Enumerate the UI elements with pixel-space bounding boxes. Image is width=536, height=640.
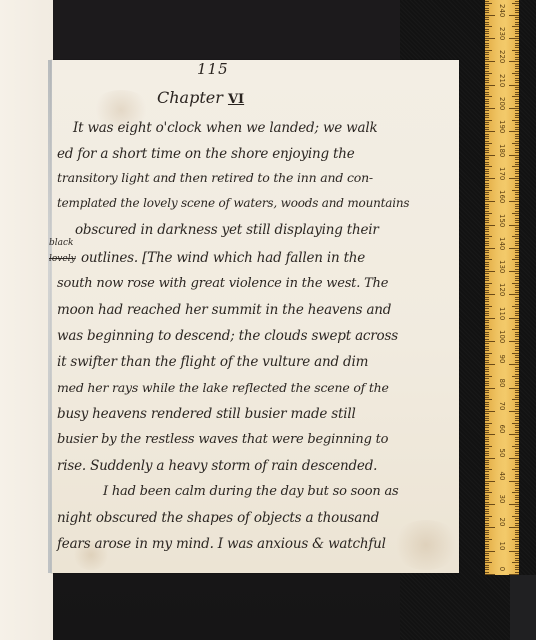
ruler-tick — [485, 269, 489, 270]
ruler-tick — [515, 485, 519, 486]
ruler-tick — [515, 532, 519, 533]
ruler-tick — [485, 360, 489, 361]
ruler-tick — [515, 257, 519, 258]
ruler-label: 100 — [498, 330, 506, 342]
ruler-tick — [485, 446, 492, 447]
ruler-tick — [515, 106, 519, 107]
ruler-tick — [515, 397, 519, 398]
ruler-tick — [485, 287, 489, 288]
ruler-tick — [485, 385, 489, 386]
ruler-tick — [485, 78, 489, 79]
ruler-label: 40 — [498, 470, 506, 482]
ruler-tick — [515, 206, 519, 207]
ruler-tick — [485, 71, 489, 72]
ruler-tick — [485, 425, 489, 426]
ruler-tick — [515, 287, 519, 288]
ruler-tick — [515, 266, 519, 267]
manuscript-line: south now rose with great violence in th… — [57, 276, 457, 291]
ruler-tick — [485, 157, 489, 158]
ruler-tick — [485, 488, 489, 489]
ruler-tick — [485, 10, 489, 11]
ruler-tick — [515, 136, 519, 137]
ruler-tick — [509, 388, 519, 389]
ruler-tick — [515, 402, 519, 403]
ruler-tick — [515, 448, 519, 449]
ruler-tick — [509, 434, 519, 435]
ruler-tick — [515, 129, 519, 130]
ruler-tick — [485, 199, 489, 200]
ruler-tick — [515, 87, 519, 88]
ruler-tick — [485, 553, 489, 554]
ruler-tick — [509, 458, 519, 459]
ruler-tick — [485, 430, 489, 431]
ruler-tick — [512, 423, 519, 424]
ruler-tick — [515, 101, 519, 102]
ruler-tick — [515, 383, 519, 384]
ruler-tick — [515, 227, 519, 228]
ruler-tick — [515, 308, 519, 309]
ruler-tick — [509, 85, 519, 86]
ruler-tick — [485, 283, 492, 284]
ruler-tick — [485, 103, 489, 104]
ruler-tick — [485, 546, 489, 547]
ruler-tick — [515, 301, 519, 302]
ruler-tick — [515, 390, 519, 391]
ruler-tick — [485, 336, 489, 337]
ruler-label: 140 — [498, 237, 506, 249]
ruler-tick — [515, 264, 519, 265]
manuscript-line: busy heavens rendered still busier made … — [57, 406, 457, 422]
ruler-tick — [509, 248, 519, 249]
ruler-tick — [485, 548, 489, 549]
margin-insertion: black — [49, 238, 74, 248]
ruler-tick — [515, 327, 519, 328]
ruler-tick — [485, 434, 495, 435]
ruler-tick — [515, 322, 519, 323]
ruler-label: 220 — [498, 50, 506, 62]
ruler-label: 230 — [498, 27, 506, 39]
ruler-tick — [515, 332, 519, 333]
ruler-tick — [485, 108, 495, 109]
ruler-tick — [509, 341, 519, 342]
ruler-tick — [515, 183, 519, 184]
ruler-tick — [485, 259, 492, 260]
ruler-tick — [509, 225, 519, 226]
ruler-tick — [515, 455, 519, 456]
ruler-tick — [485, 292, 489, 293]
ruler-tick — [485, 532, 489, 533]
ruler-tick — [485, 276, 489, 277]
ruler-tick — [485, 399, 492, 400]
ruler-tick — [485, 280, 489, 281]
ruler-tick — [485, 460, 489, 461]
ruler-tick — [515, 176, 519, 177]
ruler-tick — [515, 467, 519, 468]
ruler-tick — [512, 329, 519, 330]
ruler-label: 170 — [498, 167, 506, 179]
ruler-tick — [512, 469, 519, 470]
ruler-label: 80 — [498, 377, 506, 389]
ruler-tick — [515, 204, 519, 205]
ruler-tick — [485, 474, 489, 475]
ruler-tick — [485, 572, 489, 573]
ruler-tick — [485, 483, 489, 484]
ruler-tick — [515, 565, 519, 566]
ruler-tick — [485, 509, 489, 510]
ruler-tick — [512, 120, 519, 121]
manuscript-line: obscured in darkness yet still displayin… — [75, 222, 475, 238]
ruler-tick — [515, 180, 519, 181]
ruler-tick — [515, 497, 519, 498]
ruler-tick — [515, 31, 519, 32]
ruler-tick — [515, 313, 519, 314]
manuscript-line: med her rays while the lake reflected th… — [57, 380, 457, 395]
ruler-tick — [515, 115, 519, 116]
ruler-tick — [485, 173, 489, 174]
ruler-tick — [485, 24, 489, 25]
ruler-tick — [485, 315, 489, 316]
ruler-tick — [485, 404, 489, 405]
ruler-tick — [515, 502, 519, 503]
ruler-tick — [485, 397, 489, 398]
ruler-tick — [509, 131, 519, 132]
ruler-tick — [485, 73, 492, 74]
ruler-tick — [485, 8, 489, 9]
ruler-tick — [515, 336, 519, 337]
ruler-tick — [485, 143, 492, 144]
ruler-tick — [509, 294, 519, 295]
ruler-tick — [515, 462, 519, 463]
ruler-tick — [515, 544, 519, 545]
ruler-tick — [485, 420, 489, 421]
ruler-tick — [515, 145, 519, 146]
ruler-tick — [512, 539, 519, 540]
ruler-tick — [485, 204, 489, 205]
ruler-tick — [515, 474, 519, 475]
ruler-tick — [515, 280, 519, 281]
ruler-tick — [512, 143, 519, 144]
ruler-tick — [515, 553, 519, 554]
ruler-tick — [509, 61, 519, 62]
ruler-tick — [485, 301, 489, 302]
ruler-tick — [509, 108, 519, 109]
ruler-tick — [515, 220, 519, 221]
ruler-tick — [485, 257, 489, 258]
ruler-tick — [515, 476, 519, 477]
ruler-tick — [515, 572, 519, 573]
ruler-tick — [515, 523, 519, 524]
ruler-label: 70 — [498, 400, 506, 412]
ruler-tick — [515, 276, 519, 277]
ruler-tick — [515, 311, 519, 312]
ruler-tick — [515, 348, 519, 349]
ruler-tick — [515, 222, 519, 223]
ruler-tick — [512, 26, 519, 27]
ruler-tick — [515, 509, 519, 510]
ruler-tick — [512, 492, 519, 493]
ruler-tick — [515, 250, 519, 251]
manuscript-line: busier by the restless waves that were b… — [57, 432, 457, 447]
ruler-tick — [509, 201, 519, 202]
ruler-tick — [515, 320, 519, 321]
ruler-tick — [512, 3, 519, 4]
ruler-tick — [515, 499, 519, 500]
ruler-tick — [485, 495, 489, 496]
ruler-tick — [515, 560, 519, 561]
manuscript-line: moon had reached her summit in the heave… — [57, 302, 457, 318]
ruler-tick — [515, 290, 519, 291]
ruler-tick — [485, 117, 489, 118]
ruler-tick — [485, 355, 489, 356]
ruler-tick — [485, 504, 495, 505]
ruler-tick — [515, 10, 519, 11]
ruler-tick — [485, 304, 489, 305]
ruler-tick — [515, 518, 519, 519]
ruler-tick — [485, 129, 489, 130]
ruler-tick — [515, 45, 519, 46]
ruler-tick — [515, 420, 519, 421]
ruler-tick — [485, 59, 489, 60]
ruler-tick — [485, 485, 489, 486]
ruler-tick — [485, 45, 489, 46]
ruler-tick — [509, 155, 519, 156]
ruler-tick — [515, 513, 519, 514]
ruler-label: 60 — [498, 423, 506, 435]
ruler-tick — [515, 534, 519, 535]
ruler-tick — [515, 122, 519, 123]
ruler-tick — [515, 103, 519, 104]
ruler-tick — [515, 252, 519, 253]
ruler-tick — [512, 562, 519, 563]
ruler-tick — [485, 551, 495, 552]
manuscript-line: templated the lovely scene of waters, wo… — [57, 196, 457, 210]
ruler-tick — [515, 75, 519, 76]
page-number: 115 — [197, 60, 229, 78]
ruler-tick — [485, 464, 489, 465]
ruler-tick — [515, 134, 519, 135]
ruler-tick — [485, 61, 495, 62]
ruler-tick — [515, 231, 519, 232]
ruler-tick — [485, 306, 492, 307]
ruler-tick — [512, 376, 519, 377]
ruler-tick — [515, 385, 519, 386]
ruler-tick — [515, 1, 519, 2]
ruler-tick — [485, 148, 489, 149]
ruler-label: 0 — [498, 563, 506, 575]
ruler-tick — [485, 164, 489, 165]
ruler-tick — [485, 31, 489, 32]
ruler-tick — [485, 115, 489, 116]
ruler-tick — [485, 87, 489, 88]
ruler-label: 110 — [498, 307, 506, 319]
backdrop-cloth-lower — [510, 575, 536, 640]
ruler-tick — [515, 439, 519, 440]
ruler-tick — [485, 134, 489, 135]
ruler-tick — [485, 138, 489, 139]
ruler-tick — [485, 560, 489, 561]
ruler-tick — [485, 208, 489, 209]
ruler-label: 210 — [498, 74, 506, 86]
ruler-tick — [485, 22, 489, 23]
ruler-tick — [485, 367, 489, 368]
ruler-tick — [512, 259, 519, 260]
ruler-tick — [485, 215, 489, 216]
ruler-tick — [485, 271, 495, 272]
ruler-tick — [515, 141, 519, 142]
ruler-tick — [515, 29, 519, 30]
ruler-tick — [515, 80, 519, 81]
ruler-tick — [515, 273, 519, 274]
ruler-tick — [515, 432, 519, 433]
ruler-tick — [485, 413, 489, 414]
ruler-tick — [515, 546, 519, 547]
ruler-tick — [485, 392, 489, 393]
ruler-tick — [515, 117, 519, 118]
ruler-tick — [512, 399, 519, 400]
ruler-tick — [485, 332, 489, 333]
ruler-tick — [485, 329, 492, 330]
ruler-tick — [485, 569, 489, 570]
ruler-tick — [485, 80, 489, 81]
ruler-tick — [485, 187, 489, 188]
ruler-tick — [485, 243, 489, 244]
ruler-tick — [485, 311, 489, 312]
ruler-tick — [485, 190, 492, 191]
ruler-tick — [485, 57, 489, 58]
ruler-tick — [485, 516, 492, 517]
ruler-label: 10 — [498, 540, 506, 552]
ruler-tick — [485, 201, 495, 202]
ruler-tick — [485, 416, 489, 417]
ruler-tick — [485, 334, 489, 335]
ruler-tick — [485, 513, 489, 514]
ruler-tick — [515, 357, 519, 358]
ruler-tick — [485, 458, 495, 459]
ruler-tick — [515, 444, 519, 445]
ruler-tick — [485, 520, 489, 521]
ruler-tick — [485, 506, 489, 507]
ruler-tick — [485, 273, 489, 274]
ruler-tick — [485, 213, 492, 214]
ruler-tick — [515, 234, 519, 235]
ruler-tick — [512, 516, 519, 517]
ruler-tick — [485, 50, 492, 51]
ruler-tick — [485, 33, 489, 34]
ruler-tick — [515, 334, 519, 335]
ruler-tick — [485, 255, 489, 256]
ruler-tick — [515, 171, 519, 172]
ruler-tick — [485, 264, 489, 265]
ruler-tick — [485, 85, 495, 86]
ruler-tick — [509, 481, 519, 482]
ruler-tick — [515, 238, 519, 239]
ruler-tick — [485, 211, 489, 212]
ruler-tick — [485, 395, 489, 396]
ruler-tick — [515, 127, 519, 128]
ruler-tick — [485, 222, 489, 223]
ruler-tick — [485, 478, 489, 479]
ruler-tick — [515, 520, 519, 521]
ruler-tick — [485, 101, 489, 102]
manuscript-line: was beginning to descend; the clouds swe… — [57, 328, 457, 344]
ruler-tick — [485, 64, 489, 65]
ruler-tick — [485, 229, 489, 230]
ruler-tick — [515, 241, 519, 242]
ruler-tick — [485, 381, 489, 382]
manuscript-line: it swifter than the flight of the vultur… — [57, 354, 457, 370]
ruler-tick — [515, 12, 519, 13]
ruler-tick — [515, 99, 519, 100]
ruler-tick — [485, 451, 489, 452]
ruler-tick — [485, 455, 489, 456]
ruler-tick — [512, 236, 519, 237]
ruler-tick — [485, 38, 495, 39]
ruler-tick — [485, 252, 489, 253]
ruler-tick — [515, 304, 519, 305]
ruler-tick — [485, 530, 489, 531]
manuscript-line: outlines. [The wind which had fallen in … — [81, 250, 481, 266]
ruler-tick — [485, 427, 489, 428]
ruler-tick — [485, 469, 492, 470]
ruler-tick — [485, 19, 489, 20]
ruler-tick — [485, 94, 489, 95]
ruler-tick — [515, 418, 519, 419]
ruler-tick — [485, 248, 495, 249]
ruler-tick — [485, 178, 495, 179]
ruler-label: 180 — [498, 144, 506, 156]
ruler-tick — [485, 439, 489, 440]
ruler-label: 200 — [498, 97, 506, 109]
ruler-tick — [515, 159, 519, 160]
ruler-tick — [485, 499, 489, 500]
ruler-tick — [515, 299, 519, 300]
ruler-tick — [515, 339, 519, 340]
ruler-tick — [515, 511, 519, 512]
ruler-tick — [512, 306, 519, 307]
ruler-tick — [515, 285, 519, 286]
ruler-tick — [515, 33, 519, 34]
ruler-tick — [515, 59, 519, 60]
ruler-tick — [515, 430, 519, 431]
ruler-tick — [485, 339, 489, 340]
ruler-tick — [485, 325, 489, 326]
ruler-tick — [485, 376, 492, 377]
ruler-tick — [509, 504, 519, 505]
ruler-tick — [515, 346, 519, 347]
ruler-tick — [485, 462, 489, 463]
manuscript-line: night obscured the shapes of objects a t… — [57, 510, 457, 526]
ruler-tick — [515, 22, 519, 23]
ruler-tick — [485, 176, 489, 177]
struck-word: lovely — [49, 254, 76, 264]
ruler-tick — [485, 541, 489, 542]
ruler-tick — [515, 255, 519, 256]
ruler-tick — [515, 199, 519, 200]
ruler-tick — [485, 68, 489, 69]
ruler-tick — [515, 157, 519, 158]
ruler-tick — [512, 213, 519, 214]
ruler-tick — [515, 297, 519, 298]
ruler-tick — [515, 525, 519, 526]
ruler-tick — [485, 89, 489, 90]
ruler-tick — [485, 525, 489, 526]
ruler-tick — [512, 96, 519, 97]
ruler-tick — [515, 478, 519, 479]
ruler-label: 160 — [498, 190, 506, 202]
ruler-tick — [485, 294, 495, 295]
ruler-tick — [485, 555, 489, 556]
ruler-tick — [485, 110, 489, 111]
